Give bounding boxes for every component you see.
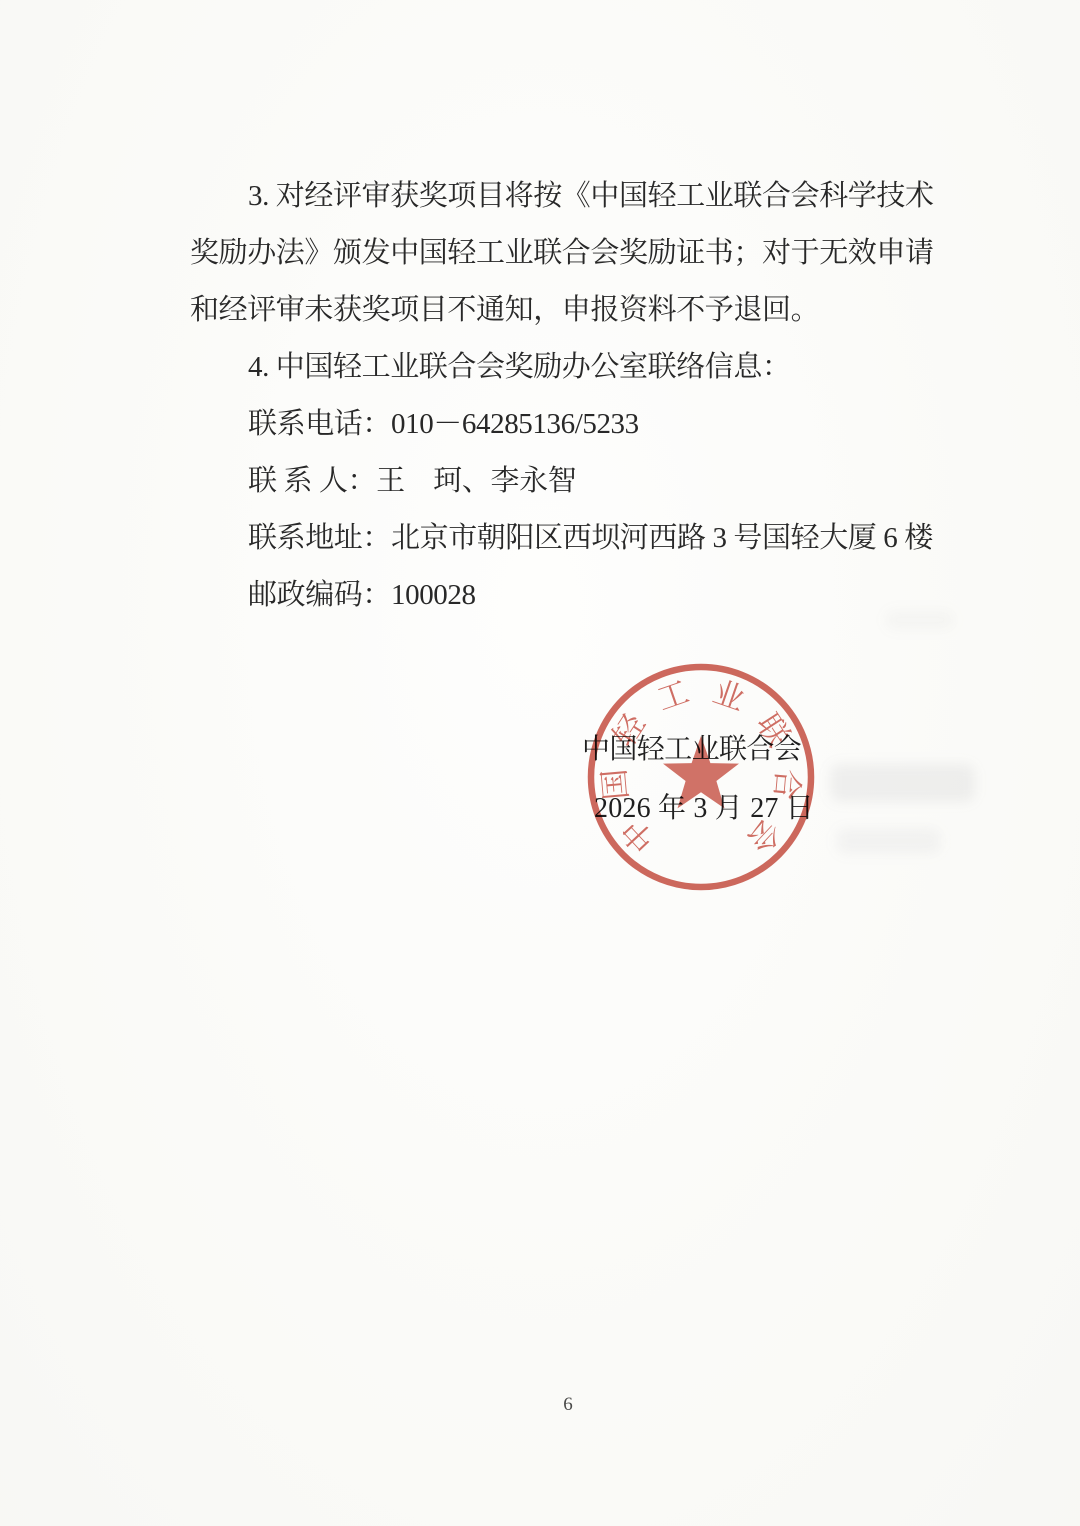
notice-body-text: 3. 对经评审获奖项目将按《中国轻工业联合会科学技术奖励办法》颁发中国轻工业联合… xyxy=(190,168,938,624)
scan-artifact xyxy=(885,610,955,630)
page-number: 6 xyxy=(540,1394,596,1416)
text-line: 奖励办法》颁发中国轻工业联合会奖励证书；对于无效申请 xyxy=(190,225,938,282)
seal-ring-character: 业 xyxy=(709,674,750,717)
seal-ring-character: 国 xyxy=(597,768,635,802)
seal-ring-character: 合 xyxy=(768,768,806,802)
text-line: 3. 对经评审获奖项目将按《中国轻工业联合会科学技术 xyxy=(190,168,938,225)
star-icon xyxy=(663,736,739,808)
official-seal: 中国轻工业联合会 xyxy=(570,646,832,908)
text-line: 和经评审未获奖项目不通知，申报资料不予退回。 xyxy=(190,282,938,339)
scan-artifact xyxy=(830,764,975,802)
text-line: 邮政编码：100028 xyxy=(190,567,938,624)
scan-artifact xyxy=(836,828,941,854)
document-page: 3. 对经评审获奖项目将按《中国轻工业联合会科学技术奖励办法》颁发中国轻工业联合… xyxy=(0,0,1080,1526)
text-line: 联系地址：北京市朝阳区西坝河西路 3 号国轻大厦 6 楼 xyxy=(190,510,938,567)
text-line: 联系电话：010－64285136/5233 xyxy=(190,396,938,453)
text-line: 联 系 人：王 珂、李永智 xyxy=(190,453,938,510)
text-line: 4. 中国轻工业联合会奖励办公室联络信息： xyxy=(190,339,938,396)
seal-ring-character: 工 xyxy=(653,674,694,717)
